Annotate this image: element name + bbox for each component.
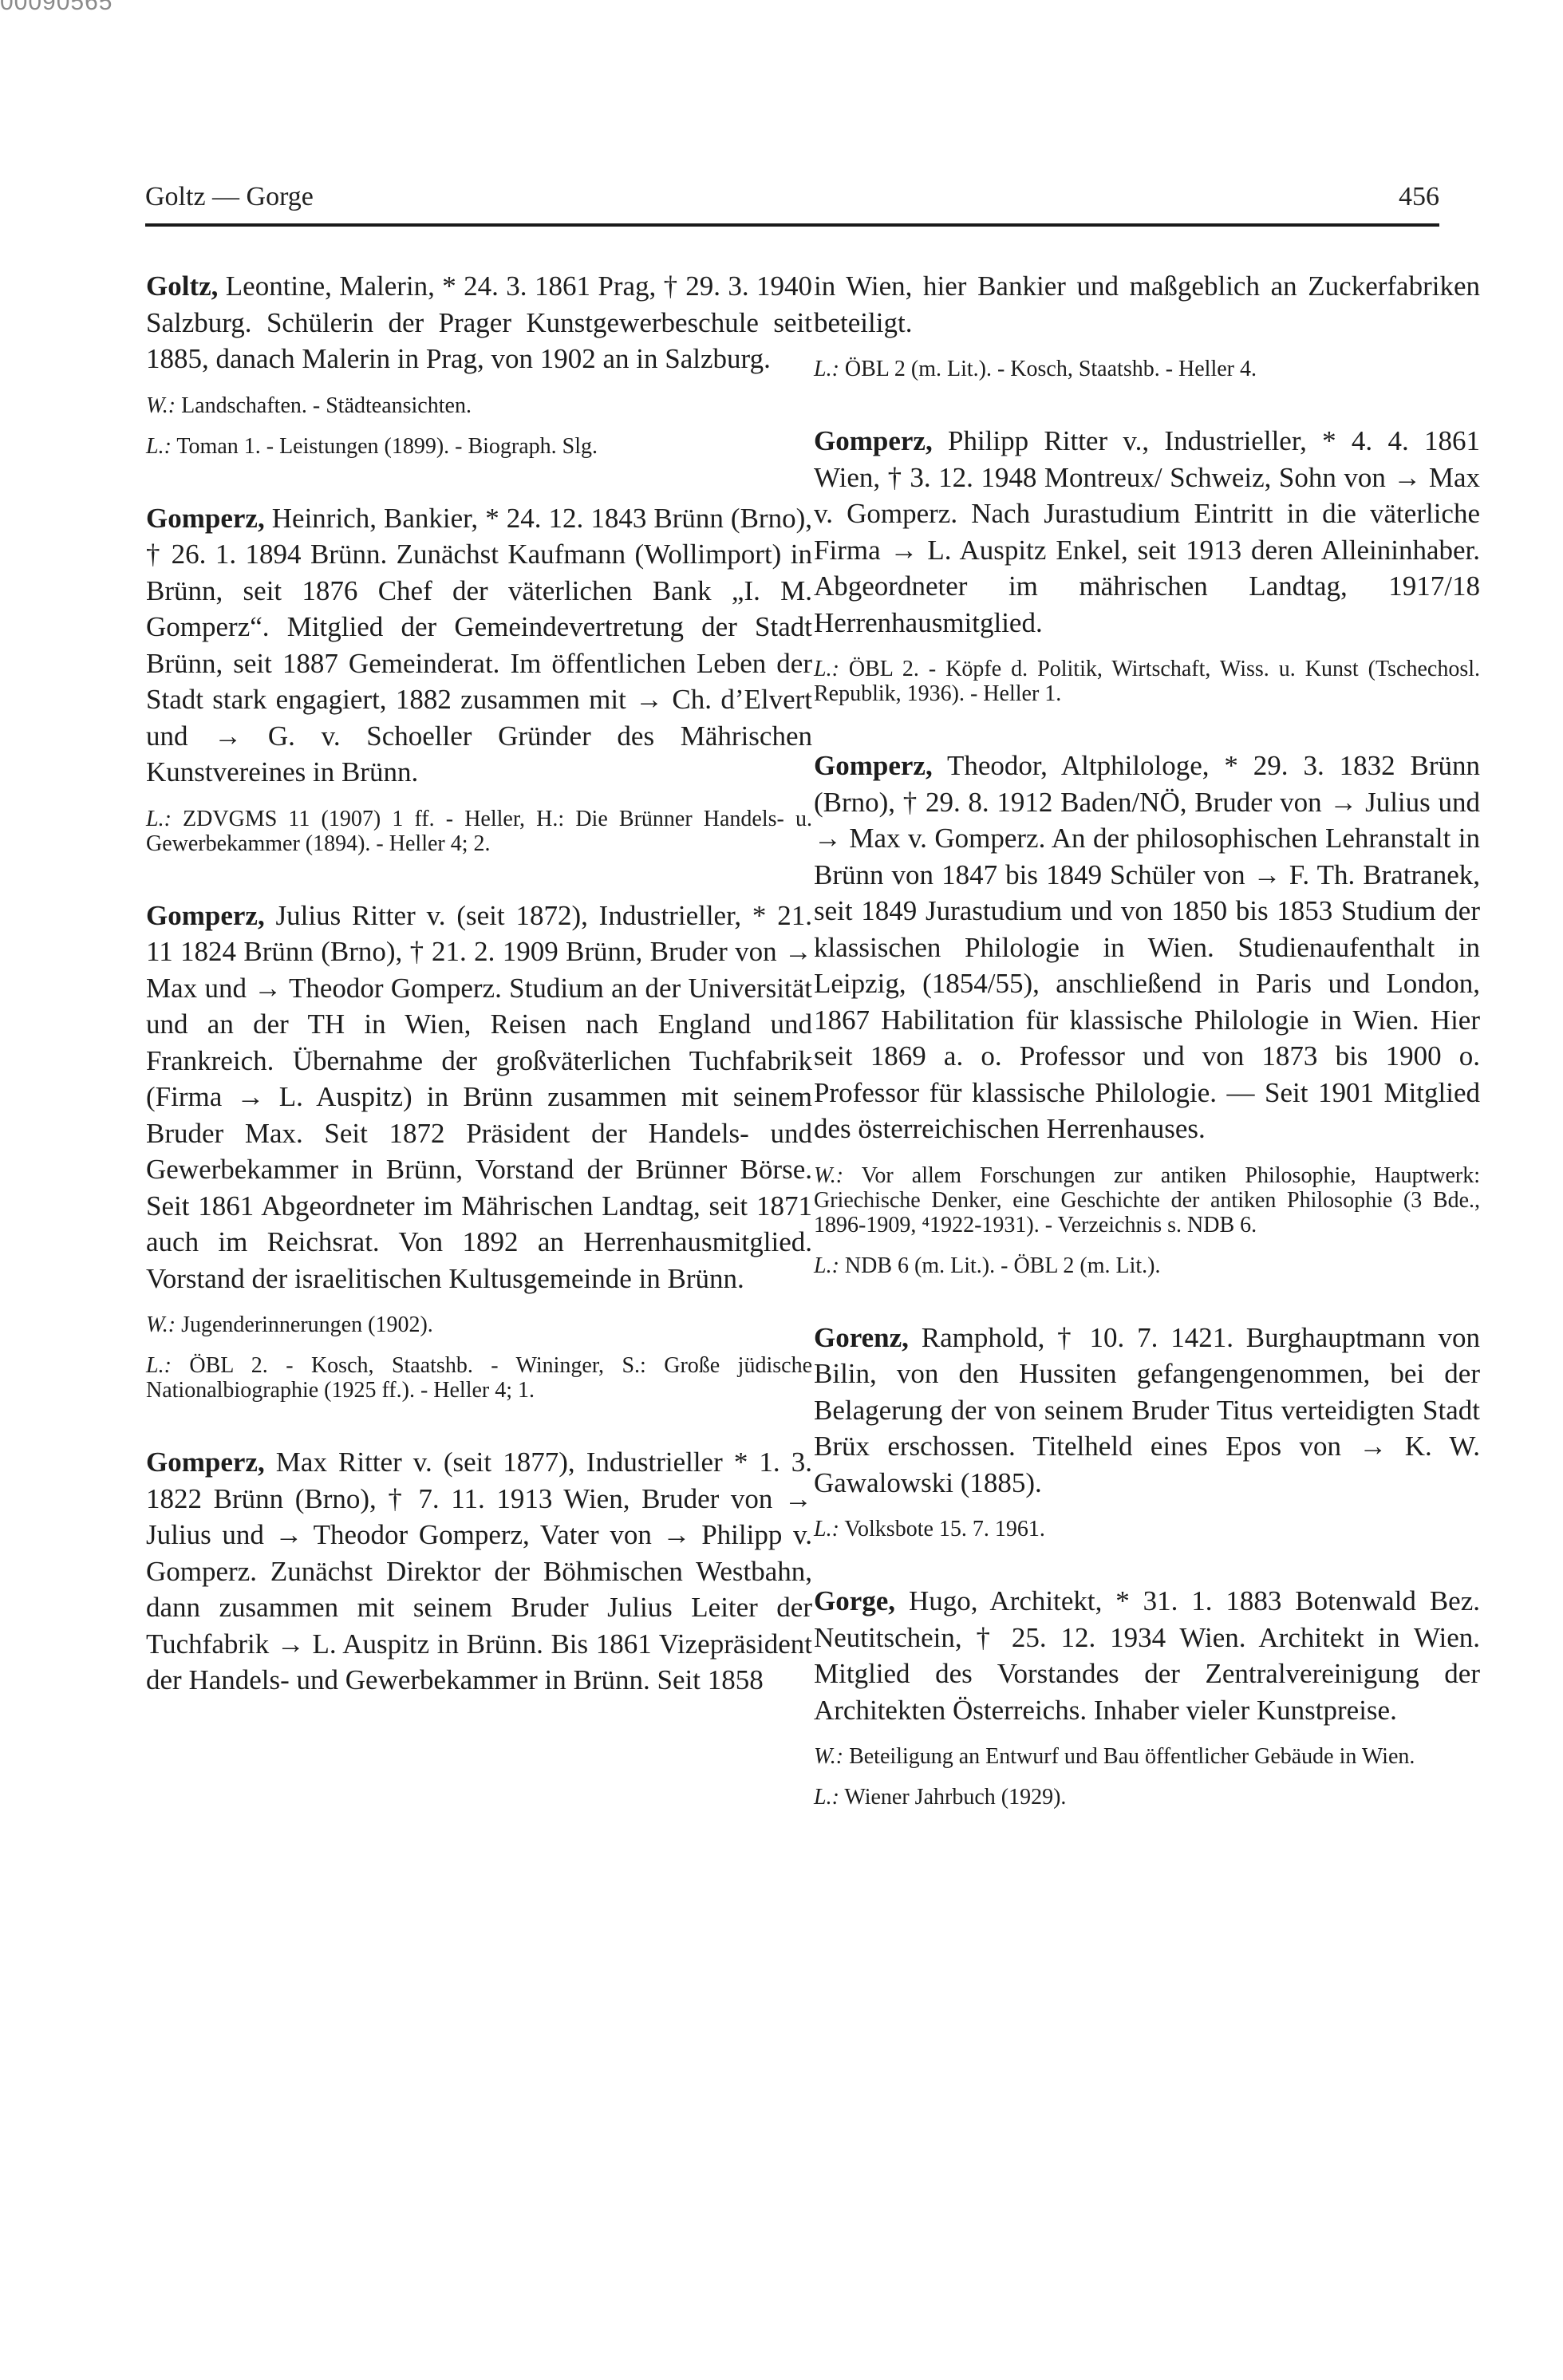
entry-gomperz-philipp: Gomperz, Philipp Ritter v., Industrielle… — [814, 423, 1480, 706]
entry-literature: L.: ÖBL 2. - Kosch, Staatshb. - Wininger… — [146, 1353, 812, 1403]
literature-tag: L.: — [814, 357, 839, 381]
entry-gomperz-heinrich: Gomperz, Heinrich, Bankier, * 24. 12. 18… — [146, 500, 812, 856]
literature-text: Volksbote 15. 7. 1961. — [839, 1517, 1045, 1541]
left-column: Goltz, Leontine, Malerin, * 24. 3. 1861 … — [146, 268, 812, 1740]
entry-text: Leontine, Malerin, * 24. 3. 1861 Prag, †… — [146, 270, 812, 374]
entry-literature: L.: Wiener Jahrbuch (1929). — [814, 1785, 1480, 1810]
running-title: Goltz — Gorge — [145, 182, 314, 212]
entry-body: Gomperz, Julius Ritter v. (seit 1872), I… — [146, 898, 812, 1297]
entry-body: Gorenz, Ramphold, † 10. 7. 1421. Burghau… — [814, 1320, 1480, 1502]
literature-text: ÖBL 2. - Kosch, Staatshb. - Wininger, S.… — [146, 1353, 812, 1403]
entry-text: Philipp Ritter v., Industrieller, * 4. 4… — [814, 425, 1480, 638]
running-header: Goltz — Gorge 456 — [145, 182, 1439, 220]
literature-text: ÖBL 2 (m. Lit.). - Kosch, Staatshb. - He… — [839, 357, 1257, 381]
entry-gomperz-max: Gomperz, Max Ritter v. (seit 1877), Indu… — [146, 1444, 812, 1699]
entry-works: W.: Jugenderinnerungen (1902). — [146, 1312, 812, 1337]
literature-text: Toman 1. - Leistungen (1899). - Biograph… — [172, 434, 598, 459]
entry-body: Gomperz, Philipp Ritter v., Industrielle… — [814, 423, 1480, 641]
entry-literature: L.: ÖBL 2 (m. Lit.). - Kosch, Staatshb. … — [814, 357, 1480, 381]
entry-body: in Wien, hier Bankier und maßgeblich an … — [814, 268, 1480, 341]
entry-text: Julius Ritter v. (seit 1872), Industriel… — [146, 900, 812, 1294]
entry-literature: L.: Toman 1. - Leistungen (1899). - Biog… — [146, 434, 812, 459]
entry-body: Goltz, Leontine, Malerin, * 24. 3. 1861 … — [146, 268, 812, 377]
entry-lemma: Gomperz, — [814, 750, 933, 781]
literature-tag: L.: — [146, 807, 172, 831]
header-rule — [145, 223, 1439, 227]
works-tag: W.: — [814, 1163, 843, 1188]
entry-text: Hugo, Architekt, * 31. 1. 1883 Botenwald… — [814, 1585, 1480, 1726]
entry-lemma: Gomperz, — [146, 503, 265, 534]
entry-works: W.: Vor allem Forschungen zur antiken Ph… — [814, 1163, 1480, 1237]
entry-literature: L.: NDB 6 (m. Lit.). - ÖBL 2 (m. Lit.). — [814, 1253, 1480, 1278]
entry-text: Ramphold, † 10. 7. 1421. Burghauptmann v… — [814, 1322, 1480, 1498]
entry-lemma: Gomperz, — [146, 1447, 265, 1478]
right-column: in Wien, hier Bankier und maßgeblich an … — [814, 268, 1480, 1851]
literature-text: Wiener Jahrbuch (1929). — [839, 1785, 1066, 1810]
entry-text: Heinrich, Bankier, * 24. 12. 1843 Brünn … — [146, 503, 812, 788]
entry-text: Max Ritter v. (seit 1877), Industrieller… — [146, 1447, 812, 1695]
entry-lemma: Gorge, — [814, 1585, 895, 1616]
entry-gomperz-max-continued: in Wien, hier Bankier und maßgeblich an … — [814, 268, 1480, 381]
entry-lemma: Goltz, — [146, 270, 218, 302]
entry-lemma: Gomperz, — [146, 900, 265, 931]
works-text: Landschaften. - Städteansichten. — [176, 393, 472, 418]
literature-text: NDB 6 (m. Lit.). - ÖBL 2 (m. Lit.). — [839, 1253, 1161, 1278]
entry-works: W.: Landschaften. - Städteansichten. — [146, 393, 812, 418]
works-tag: W.: — [146, 393, 176, 418]
entry-literature: L.: ZDVGMS 11 (1907) 1 ff. - Heller, H.:… — [146, 807, 812, 856]
entry-lemma: Gomperz, — [814, 425, 933, 456]
literature-tag: L.: — [814, 1253, 839, 1278]
literature-tag: L.: — [814, 1785, 839, 1810]
literature-text: ZDVGMS 11 (1907) 1 ff. - Heller, H.: Die… — [146, 807, 812, 856]
literature-tag: L.: — [814, 657, 839, 681]
literature-tag: L.: — [146, 434, 172, 459]
entry-lemma: Gorenz, — [814, 1322, 909, 1353]
entry-gorenz-ramphold: Gorenz, Ramphold, † 10. 7. 1421. Burghau… — [814, 1320, 1480, 1542]
works-tag: W.: — [814, 1744, 843, 1769]
entry-gorge-hugo: Gorge, Hugo, Architekt, * 31. 1. 1883 Bo… — [814, 1583, 1480, 1810]
entry-literature: L.: ÖBL 2. - Köpfe d. Politik, Wirtschaf… — [814, 657, 1480, 706]
entry-works: W.: Beteiligung an Entwurf und Bau öffen… — [814, 1744, 1480, 1769]
entry-goltz-leontine: Goltz, Leontine, Malerin, * 24. 3. 1861 … — [146, 268, 812, 459]
entry-text: Theodor, Altphilologe, * 29. 3. 1832 Brü… — [814, 750, 1480, 1144]
page-number: 456 — [1399, 182, 1439, 212]
literature-tag: L.: — [146, 1353, 172, 1378]
entry-body: Gomperz, Heinrich, Bankier, * 24. 12. 18… — [146, 500, 812, 791]
entry-body: Gomperz, Max Ritter v. (seit 1877), Indu… — [146, 1444, 812, 1699]
works-tag: W.: — [146, 1312, 176, 1337]
literature-text: ÖBL 2. - Köpfe d. Politik, Wirtschaft, W… — [814, 657, 1480, 706]
works-text: Beteiligung an Entwurf und Bau öffentlic… — [843, 1744, 1415, 1769]
entry-body: Gorge, Hugo, Architekt, * 31. 1. 1883 Bo… — [814, 1583, 1480, 1728]
entry-body: Gomperz, Theodor, Altphilologe, * 29. 3.… — [814, 748, 1480, 1147]
entry-gomperz-theodor: Gomperz, Theodor, Altphilologe, * 29. 3.… — [814, 748, 1480, 1278]
works-text: Vor allem Forschungen zur antiken Philos… — [814, 1163, 1480, 1237]
works-text: Jugenderinnerungen (1902). — [176, 1312, 433, 1337]
literature-tag: L.: — [814, 1517, 839, 1541]
entry-literature: L.: Volksbote 15. 7. 1961. — [814, 1517, 1480, 1541]
scan-id-label: 00090565 — [0, 0, 112, 16]
entry-gomperz-julius: Gomperz, Julius Ritter v. (seit 1872), I… — [146, 898, 812, 1403]
